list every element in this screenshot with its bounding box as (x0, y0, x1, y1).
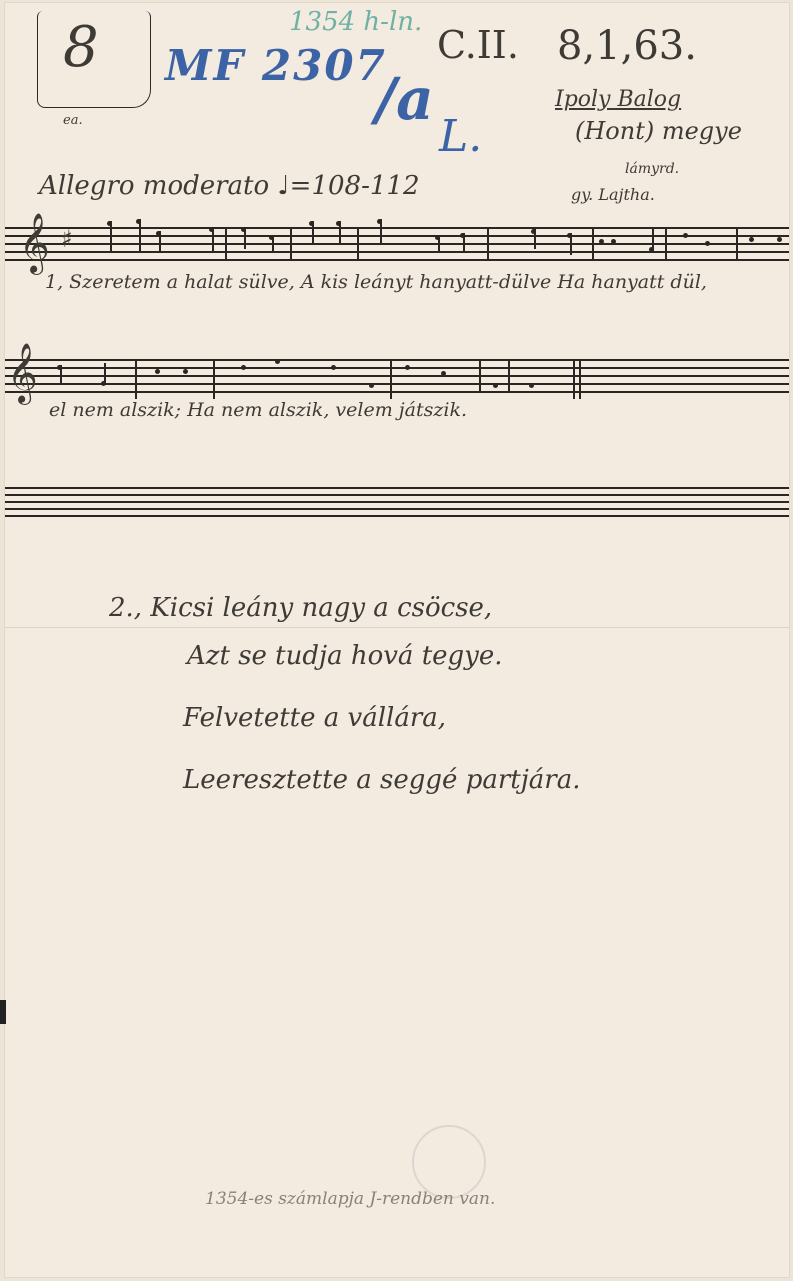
footer-note: 1354-es számlapja J-rendben van. (205, 1189, 495, 1209)
treble-clef-icon: 𝄞 (7, 343, 38, 404)
catalog-suffix: /a (375, 65, 434, 133)
verse2-line1: 2., Kicsi leány nagy a csöcse, (109, 593, 492, 623)
collector-line1: lámyrd. (625, 161, 679, 177)
verse2-line3: Felvetette a vállára, (183, 703, 446, 733)
paper-fold (5, 627, 789, 628)
tempo-marking: Allegro moderato ♩=108-112 (39, 171, 420, 201)
manuscript-page: 8 ea. 1354 h-ln. MF 2307 /a L. C.II. 8,1… (4, 2, 790, 1278)
blank-staff (5, 487, 789, 523)
collector-line2: gy. Lajtha. (571, 185, 655, 204)
boxed-note: ea. (63, 113, 83, 128)
catalog-id: MF 2307 (165, 41, 387, 90)
staff-1: 𝄞 ♯ (5, 227, 789, 263)
staff-1-lyrics: 1, Szeretem a halat sülve, A kis leányt … (45, 271, 707, 293)
collection-ref: C.II. (437, 23, 519, 67)
staff-2: 𝄞 (5, 359, 789, 395)
staff-2-lyrics: el nem alszik; Ha nem alszik, velem játs… (49, 399, 467, 421)
location-line2: (Hont) megye (575, 117, 742, 145)
treble-clef-icon: 𝄞 (19, 213, 50, 274)
location-line1: Ipoly Balog (555, 87, 681, 112)
green-catalog-number: 1354 h-ln. (289, 7, 422, 37)
blue-letter: L. (439, 111, 482, 162)
library-stamp-icon (412, 1125, 486, 1199)
binding-mark (0, 1000, 6, 1024)
date: 8,1,63. (557, 23, 697, 69)
boxed-number: 8 (63, 15, 99, 80)
sharp-key-icon: ♯ (61, 225, 73, 253)
verse2-line4: Leeresztette a seggé partjára. (183, 765, 581, 795)
verse2-line2: Azt se tudja hová tegye. (187, 641, 503, 671)
